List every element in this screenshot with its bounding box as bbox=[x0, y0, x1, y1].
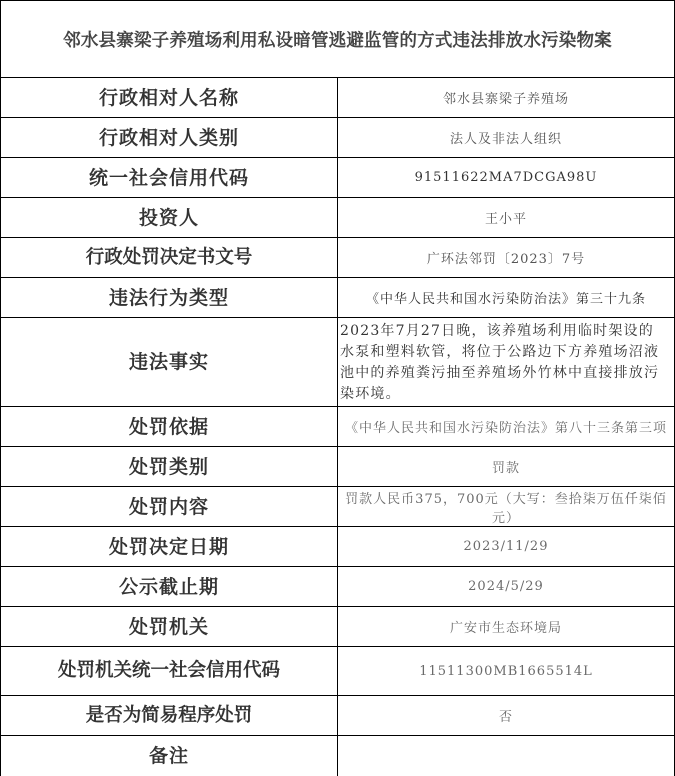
table-row-party-type: 行政相对人类别 法人及非法人组织 bbox=[1, 118, 675, 158]
field-value: 《中华人民共和国水污染防治法》第三十九条 bbox=[338, 278, 675, 318]
field-value bbox=[338, 736, 675, 776]
penalty-record-table: 邻水县寨梁子养殖场利用私设暗管逃避监管的方式违法排放水污染物案 行政相对人名称 … bbox=[0, 0, 675, 776]
field-label: 备注 bbox=[1, 736, 338, 776]
table-row-simplified-procedure: 是否为简易程序处罚 否 bbox=[1, 696, 675, 736]
field-label: 处罚决定日期 bbox=[1, 527, 338, 567]
field-value: 11511300MB1665514L bbox=[338, 647, 675, 696]
table-row-remarks: 备注 bbox=[1, 736, 675, 776]
field-value: 广环法邻罚〔2023〕7号 bbox=[338, 238, 675, 278]
field-value: 邻水县寨梁子养殖场 bbox=[338, 78, 675, 118]
field-label: 行政处罚决定书文号 bbox=[1, 238, 338, 278]
field-label: 处罚机关 bbox=[1, 607, 338, 647]
table-row-decision-date: 处罚决定日期 2023/11/29 bbox=[1, 527, 675, 567]
field-value: 91511622MA7DCGA98U bbox=[338, 158, 675, 198]
field-value: 2024/5/29 bbox=[338, 567, 675, 607]
table-row-credit-code: 统一社会信用代码 91511622MA7DCGA98U bbox=[1, 158, 675, 198]
field-label: 违法事实 bbox=[1, 318, 338, 407]
field-label: 处罚内容 bbox=[1, 487, 338, 527]
title-row: 邻水县寨梁子养殖场利用私设暗管逃避监管的方式违法排放水污染物案 bbox=[1, 1, 675, 78]
field-value: 2023/11/29 bbox=[338, 527, 675, 567]
field-label: 投资人 bbox=[1, 198, 338, 238]
table-row-penalty-category: 处罚类别 罚款 bbox=[1, 447, 675, 487]
table-row-authority: 处罚机关 广安市生态环境局 bbox=[1, 607, 675, 647]
field-label: 处罚依据 bbox=[1, 407, 338, 447]
table-row-authority-credit-code: 处罚机关统一社会信用代码 11511300MB1665514L bbox=[1, 647, 675, 696]
field-label: 行政相对人名称 bbox=[1, 78, 338, 118]
table-row-violation-facts: 违法事实 2023年7月27日晚，该养殖场利用临时架设的水泵和塑料软管，将位于公… bbox=[1, 318, 675, 407]
table-row-investor: 投资人 王小平 bbox=[1, 198, 675, 238]
table-row-penalty-content: 处罚内容 罚款人民币375，700元（大写：叁拾柒万伍仟柒佰元） bbox=[1, 487, 675, 527]
table-row-party-name: 行政相对人名称 邻水县寨梁子养殖场 bbox=[1, 78, 675, 118]
table-row-decision-number: 行政处罚决定书文号 广环法邻罚〔2023〕7号 bbox=[1, 238, 675, 278]
case-title: 邻水县寨梁子养殖场利用私设暗管逃避监管的方式违法排放水污染物案 bbox=[1, 1, 675, 78]
field-label: 是否为简易程序处罚 bbox=[1, 696, 338, 736]
field-value: 罚款人民币375，700元（大写：叁拾柒万伍仟柒佰元） bbox=[338, 487, 675, 527]
field-value: 罚款 bbox=[338, 447, 675, 487]
field-label: 公示截止期 bbox=[1, 567, 338, 607]
field-label: 行政相对人类别 bbox=[1, 118, 338, 158]
field-value: 王小平 bbox=[338, 198, 675, 238]
field-value: 2023年7月27日晚，该养殖场利用临时架设的水泵和塑料软管，将位于公路边下方养… bbox=[338, 318, 675, 407]
field-value: 法人及非法人组织 bbox=[338, 118, 675, 158]
table-row-violation-type: 违法行为类型 《中华人民共和国水污染防治法》第三十九条 bbox=[1, 278, 675, 318]
table-row-publicity-deadline: 公示截止期 2024/5/29 bbox=[1, 567, 675, 607]
field-label: 处罚机关统一社会信用代码 bbox=[1, 647, 338, 696]
field-value: 广安市生态环境局 bbox=[338, 607, 675, 647]
field-label: 违法行为类型 bbox=[1, 278, 338, 318]
field-label: 统一社会信用代码 bbox=[1, 158, 338, 198]
table-row-penalty-basis: 处罚依据 《中华人民共和国水污染防治法》第八十三条第三项 bbox=[1, 407, 675, 447]
field-label: 处罚类别 bbox=[1, 447, 338, 487]
field-value: 《中华人民共和国水污染防治法》第八十三条第三项 bbox=[338, 407, 675, 447]
field-value: 否 bbox=[338, 696, 675, 736]
